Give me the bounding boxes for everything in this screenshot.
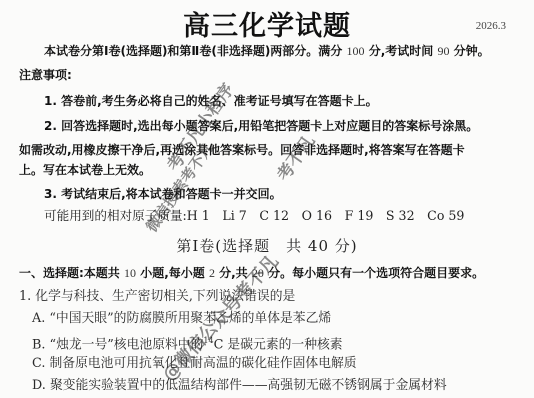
- intro-part: 本试卷分第Ⅰ卷(选择题)和第Ⅱ卷(非选择题)两部分。满分: [44, 44, 342, 58]
- isotope-mass-number: 14: [203, 336, 213, 345]
- option-d: D. 聚变能实验装置中的低温结构部件——高强韧无磁不锈钢属于金属材料: [32, 378, 447, 394]
- note-item-3: 3. 考试结束后,将本试卷和答题卡一并交回。: [44, 186, 282, 202]
- points-total: 20: [252, 266, 264, 280]
- option-b: B. “烛龙一号”核电池原料中的14C 是碳元素的一种核素: [32, 333, 343, 353]
- question-1-stem: 1. 化学与科技、生产密切相关,下列说法错误的是: [19, 289, 295, 305]
- intro-part: 分钟。: [454, 44, 490, 58]
- note-item-1: 1. 答卷前,考生务必将自己的姓名、准考证号填写在答题卡上。: [44, 93, 378, 109]
- heading-part: 小题,每小题: [140, 266, 205, 280]
- exam-minutes: 90: [437, 44, 449, 58]
- note-item-2-end: 上。写在本试卷上无效。: [19, 162, 151, 178]
- option-b-text: C 是碳元素的一种核素: [214, 337, 343, 352]
- intro-part: 分,考试时间: [369, 44, 434, 58]
- option-a: A. “中国天眼”的防腐膜所用聚苯乙烯的单体是苯乙烯: [32, 311, 331, 327]
- full-score: 100: [347, 44, 365, 58]
- section-title: 第Ⅰ卷(选择题 共 40 分): [0, 235, 534, 256]
- note-item-2-cont: 如需改动,用橡皮擦干净后,再选涂其他答案标号。回答非选择题时,将答案写在答题卡: [19, 142, 465, 158]
- note-item-2: 2. 回答选择题时,选出每小题答案后,用铅笔把答题卡上对应题目的答案标号涂黑。: [44, 118, 478, 134]
- heading-part: 分,共: [219, 266, 248, 280]
- heading-part: 分。每小题只有一个选项符合题目要求。: [268, 266, 484, 280]
- part1-heading: 一、选择题:本题共 10 小题,每小题 2 分,共 20 分。每小题只有一个选项…: [19, 265, 484, 281]
- intro-text: 本试卷分第Ⅰ卷(选择题)和第Ⅱ卷(非选择题)两部分。满分 100 分,考试时间 …: [44, 43, 490, 59]
- option-b-text: B. “烛龙一号”核电池原料中的: [32, 337, 203, 352]
- atomic-masses: 可能用到的相对原子质量:H 1 Li 7 C 12 O 16 F 19 S 32…: [44, 208, 464, 224]
- page-title: 高三化学试题: [0, 4, 534, 43]
- notes-heading: 注意事项:: [19, 67, 72, 83]
- heading-part: 一、选择题:本题共: [19, 266, 120, 280]
- exam-date: 2026.3: [476, 20, 506, 32]
- points-each: 2: [209, 266, 215, 280]
- question-count: 10: [124, 266, 136, 280]
- option-c: C. 制备原电池可用抗氧化且耐高温的碳化硅作固体电解质: [32, 356, 357, 372]
